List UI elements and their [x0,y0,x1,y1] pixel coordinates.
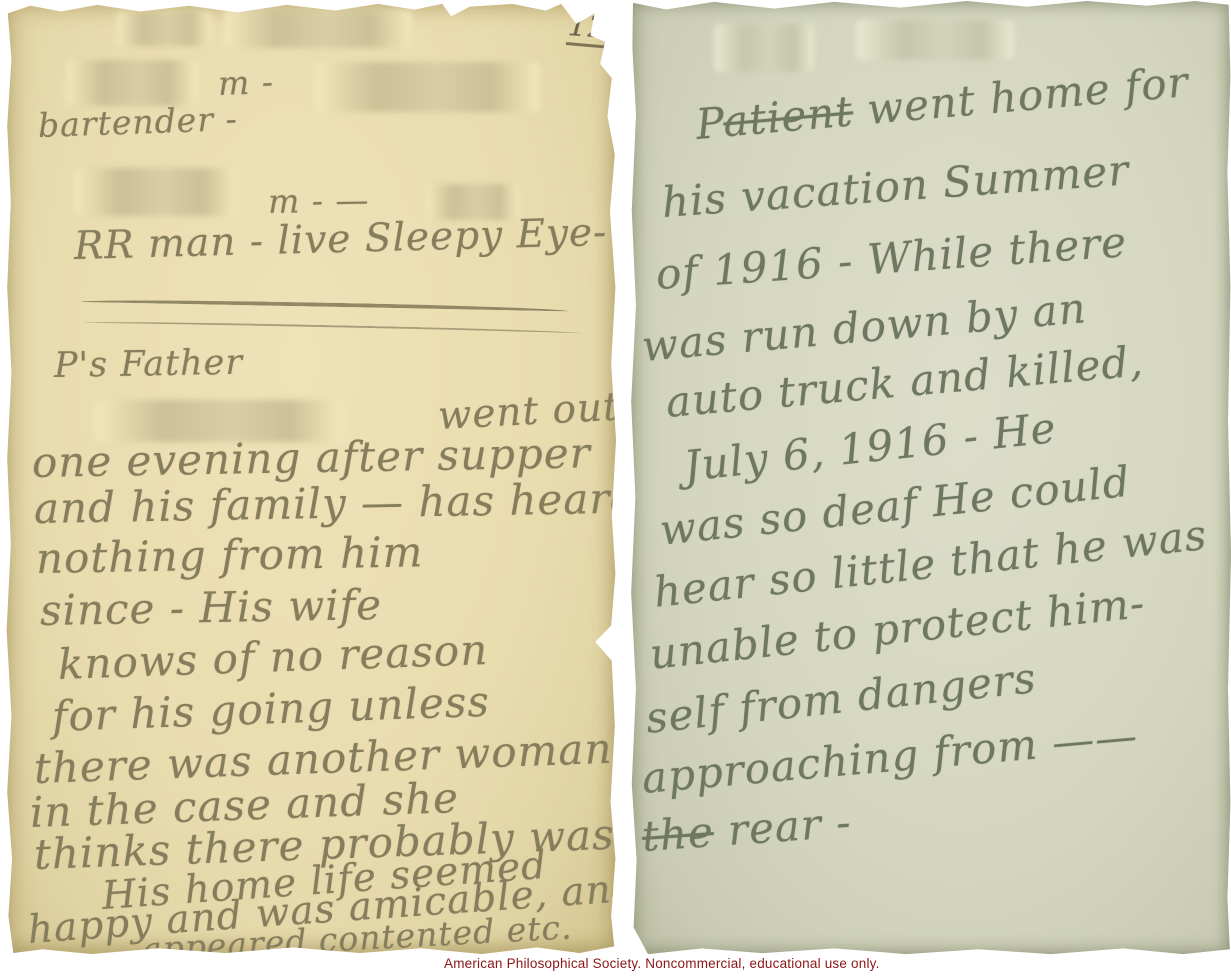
redacted-text [224,10,412,48]
handwritten-line: since - His wife [40,580,383,635]
left-page: 12 m - bartender - m - — RR man - live S… [6,2,616,954]
patient-line-rest: went home for [851,57,1191,135]
handwritten-line: and his family — has heard [34,473,639,533]
redacted-text [856,20,1014,60]
handwritten-line: RR man - live Sleepy Eye- [73,210,607,269]
underline-rule [84,320,582,338]
right-page: Patient went home for his vacation Summe… [630,0,1231,956]
handwritten-line: nothing from him [36,527,424,583]
document-scan: 12 m - bartender - m - — RR man - live S… [0,0,1231,978]
the-word-struck: the [640,807,715,861]
section-heading: P's Father [54,343,244,386]
redacted-text [714,24,814,72]
redacted-text [116,12,212,46]
page-number: 12 [567,8,610,46]
footer-credit: American Philosophical Society. Noncomme… [444,956,880,971]
patient-word-struck: atient [721,86,855,146]
underline-rule [81,298,569,319]
redacted-text [74,168,238,216]
redacted-text [66,60,198,106]
rear-line-rest: rear - [712,797,853,856]
redacted-text [314,62,540,112]
handwritten-line: the rear - [640,797,853,861]
handwritten-line: his vacation Summer [660,145,1130,227]
handwritten-line: bartender - [37,99,238,145]
handwritten-line: m - — [268,180,370,221]
handwritten-line: m - [217,62,274,103]
